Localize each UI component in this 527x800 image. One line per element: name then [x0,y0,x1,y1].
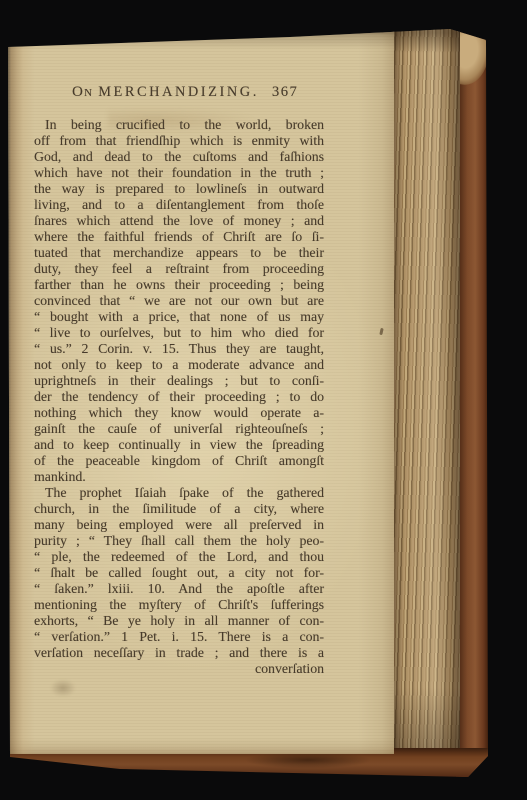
text-line: living, and to a diſentanglement from th… [34,197,324,213]
text-line: off from that friendſhip which is enmity… [34,133,324,149]
text-line: mentioning the myſtery of Chriſt's ſuffe… [34,597,324,613]
text-block: In being crucified to the world, brokeno… [34,117,324,677]
text-line: convinced that “ we are not our own but … [34,293,324,309]
text-line: church, in the ſimilitude of a city, whe… [34,501,324,517]
page-number: 367 [272,84,298,100]
text-line: the way is prepared to lowlineſs in outw… [34,181,324,197]
text-line: “ live to ourſelves, but to him who died… [34,325,324,341]
text-line: verſation neceſſary in trade ; and there… [34,645,324,661]
header-word-on: On [72,84,93,100]
text-line: tuated that merchandize appears to be th… [34,245,324,261]
text-line: In being crucified to the world, broken [34,117,324,133]
page-stack-fore-edge [390,29,460,760]
text-line: gainſt the cauſe of univerſal righteouſn… [34,421,324,437]
text-line: God, and dead to the cuſtoms and faſhion… [34,149,324,165]
book-cover-right-edge [456,29,488,777]
header-title: MERCHANDIZING. [98,84,259,100]
paper-smudge [50,679,76,697]
text-line: farther than he owns their proceeding ; … [34,277,324,293]
text-line: mankind. [34,469,324,485]
text-line: uprightneſs in their dealings ; but to c… [34,373,324,389]
text-line: where the faithful friends of Chriſt are… [34,229,324,245]
text-line: ſnares which attend the love of money ; … [34,213,324,229]
text-line: der the tendency of their proceeding ; t… [34,389,324,405]
paper-speck [379,328,383,335]
catchword: converſation [34,661,324,677]
running-header: On MERCHANDIZING. 367 [34,84,324,100]
text-line: nothing which they know would operate a- [34,405,324,421]
text-line: which have not their foundation in the t… [34,165,324,181]
text-line: “ bought with a price, that none of us m… [34,309,324,325]
text-line: not only to keep to a moderate advance a… [34,357,324,373]
text-line: purity ; “ They ſhall call them the holy… [34,533,324,549]
text-line: and to keep continually in view the ſpre… [34,437,324,453]
text-line: “ verſation.” 1 Pet. i. 15. There is a c… [34,629,324,645]
text-line: “ ſhalt be called ſought out, a city not… [34,565,324,581]
text-line: many being employed were all preſerved i… [34,517,324,533]
text-line: duty, they feel a reſtraint from proceed… [34,261,324,277]
text-line: “ us.” 2 Corin. v. 15. Thus they are tau… [34,341,324,357]
text-line: of the peaceable kingdom of Chriſt among… [34,453,324,469]
text-line: “ ſaken.” lxiii. 10. And the apoſtle aft… [34,581,324,597]
text-line: exhorts, “ Be ye holy in all manner of c… [34,613,324,629]
photo-background: On MERCHANDIZING. 367 In being crucified… [0,0,527,800]
text-line: “ ple, the redeemed of the Lord, and tho… [34,549,324,565]
text-line: The prophet Iſaiah ſpake of the gathered [34,485,324,501]
page-content: On MERCHANDIZING. 367 In being crucified… [34,84,324,677]
